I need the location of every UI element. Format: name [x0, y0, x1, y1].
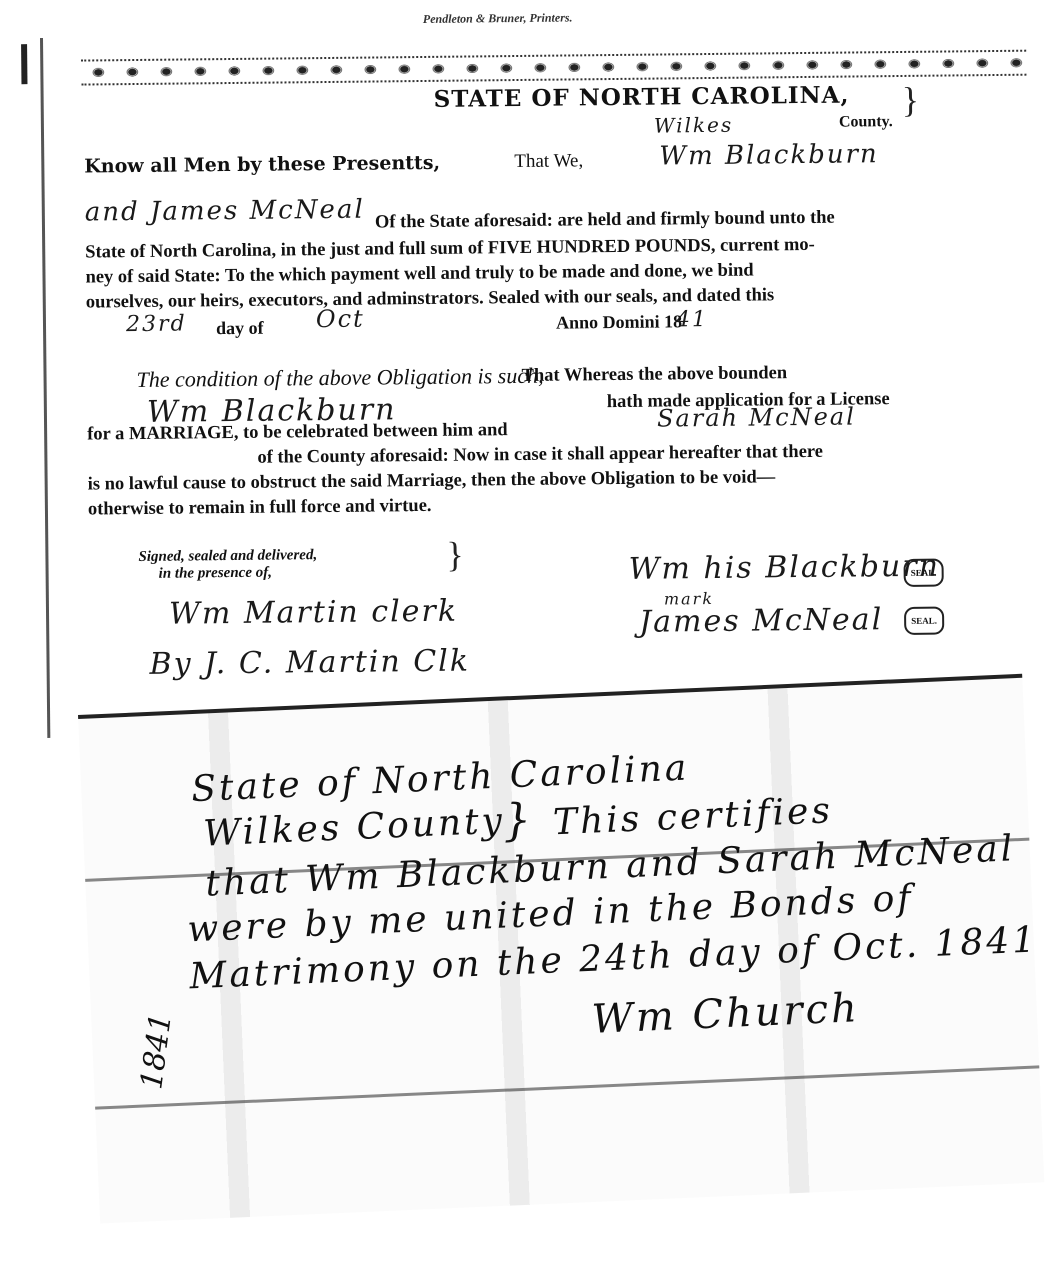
seal-icon: SEAL. [904, 559, 944, 587]
docket-year: 1841 [134, 1011, 179, 1091]
condition-text-line: That Whereas the above bounden [521, 363, 787, 387]
marriage-bond-form: Pendleton & Bruner, Printers. STATE OF N… [40, 28, 1035, 738]
witness-signature: Wm Martin clerk [169, 594, 458, 632]
principal-name-handwritten: Wm Blackburn [659, 139, 879, 171]
condition-text-line: for a MARRIAGE, to be celebrated between… [87, 420, 508, 445]
bond-text-line: State of North Carolina, in the just and… [85, 235, 815, 264]
preamble-that-we: That We, [514, 150, 583, 173]
printer-credit: Pendleton & Bruner, Printers. [423, 10, 573, 27]
bond-text-line: Of the State aforesaid: are held and fir… [375, 208, 835, 234]
condition-text-line: otherwise to remain in full force and vi… [88, 496, 432, 521]
paper-fold-line [95, 1065, 1039, 1109]
anno-domini-label: Anno Domini 18 [556, 311, 682, 333]
marriage-certificate: State of North Carolina Wilkes County } … [78, 674, 1044, 1224]
witness-signature: By J. C. Martin Clk [149, 644, 470, 682]
day-of-label: day of [216, 318, 264, 339]
groom-signature: Wm his Blackburn [628, 549, 940, 587]
certificate-line: This certifies [552, 790, 833, 843]
preamble-blackletter: Know all Men by these Presentts, [84, 152, 440, 178]
surety-signature: James McNeal [639, 602, 883, 640]
bond-text-line: ourselves, our heirs, executors, and adm… [86, 285, 775, 313]
month-handwritten: Oct [316, 305, 365, 334]
seal-icon: SEAL. [904, 607, 944, 635]
signed-label-line2: in the presence of, [139, 564, 318, 583]
brace-icon: } [901, 79, 919, 121]
bride-name-handwritten: Sarah McNeal [657, 402, 856, 432]
brace-icon: } [502, 794, 535, 846]
surety-name-handwritten: and James McNeal [85, 195, 365, 228]
officiant-signature: Wm Church [591, 985, 861, 1043]
condition-text-line: of the County aforesaid: Now in case it … [257, 442, 823, 469]
signed-label-line1: Signed, sealed and delivered, [138, 547, 317, 566]
signed-sealed-label: Signed, sealed and delivered, in the pre… [138, 547, 317, 583]
county-label: County. [839, 113, 893, 132]
certificate-line: Wilkes County [202, 801, 505, 855]
condition-text-line: is no lawful cause to obstruct the said … [88, 467, 776, 495]
county-handwritten: Wilkes [654, 113, 733, 138]
decorative-border-ornament [81, 50, 1026, 86]
brace-icon: } [446, 534, 464, 576]
bond-text-line: ney of said State: To the which payment … [85, 261, 753, 289]
day-handwritten: 23rd [126, 311, 187, 337]
year-handwritten: 41 [676, 307, 708, 332]
state-title: STATE OF NORTH CAROLINA, [434, 82, 850, 113]
condition-heading: The condition of the above Obligation is… [136, 363, 543, 393]
